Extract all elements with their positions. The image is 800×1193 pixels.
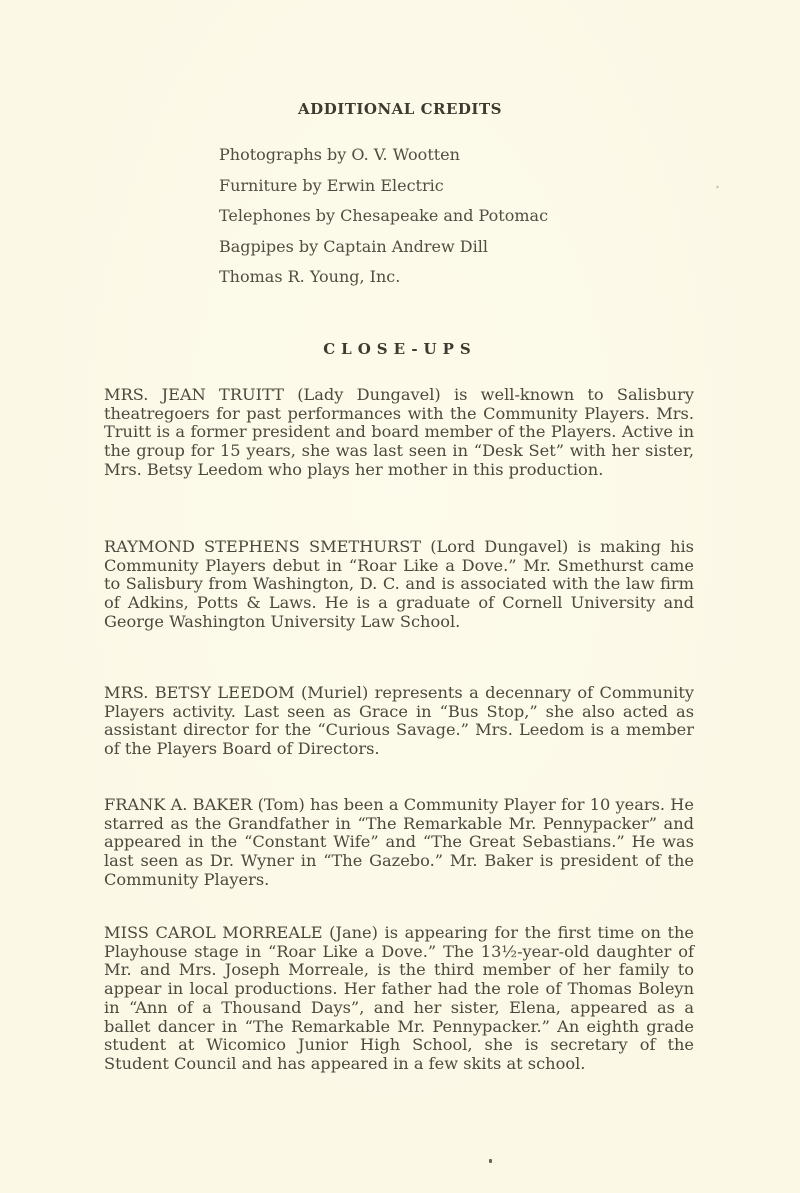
bio-frank-baker: FRANK A. BAKER (Tom) has been a Communit… xyxy=(104,796,694,890)
credit-item: Photographs by O. V. Wootten xyxy=(219,140,548,171)
bio-jean-truitt: MRS. JEAN TRUITT (Lady Dungavel) is well… xyxy=(104,386,694,480)
bio-raymond-smethurst: RAYMOND STEPHENS SMETHURST (Lord Dungave… xyxy=(104,538,694,632)
additional-credits-heading: ADDITIONAL CREDITS xyxy=(0,100,800,118)
credit-item: Thomas R. Young, Inc. xyxy=(219,262,548,293)
ink-speck xyxy=(489,1159,492,1163)
bio-betsy-leedom: MRS. BETSY LEEDOM (Muriel) represents a … xyxy=(104,684,694,759)
close-ups-heading: CLOSE-UPS xyxy=(0,340,800,358)
additional-credits-list: Photographs by O. V. Wootten Furniture b… xyxy=(219,140,548,293)
bio-carol-morreale: MISS CAROL MORREALE (Jane) is appearing … xyxy=(104,924,694,1074)
program-page: ADDITIONAL CREDITS Photographs by O. V. … xyxy=(0,0,800,1193)
credit-item: Bagpipes by Captain Andrew Dill xyxy=(219,232,548,263)
ink-speck xyxy=(716,185,720,188)
credit-item: Telephones by Chesapeake and Potomac xyxy=(219,201,548,232)
credit-item: Furniture by Erwin Electric xyxy=(219,171,548,202)
